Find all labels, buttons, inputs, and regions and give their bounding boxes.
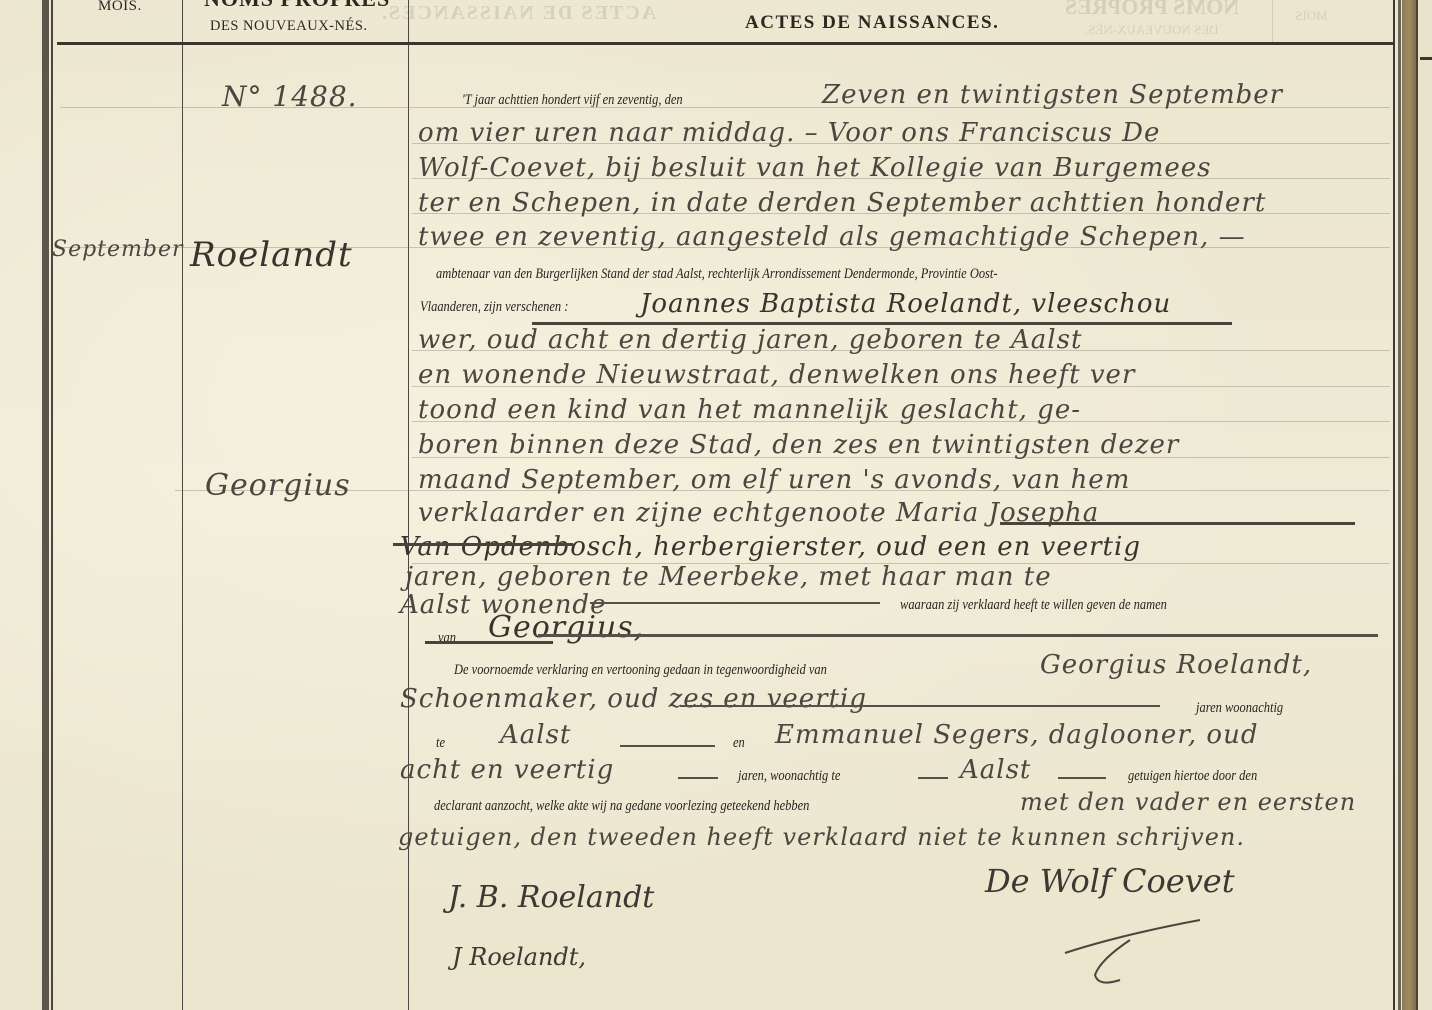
act-line-4-hand: ter en Schepen, in date derden September… xyxy=(418,188,1266,218)
signature-officer: De Wolf Coevet xyxy=(985,862,1235,900)
bleed-through-newborns: DES NOUVEAUX-NÉS. xyxy=(1085,22,1219,38)
column-divider-month xyxy=(182,0,183,1010)
act-line-7-printed: Vlaanderen, zijn verschenen : xyxy=(420,299,568,316)
act-line-19-printed: jaren woonachtig xyxy=(1196,700,1283,717)
column-header-names-subtitle: DES NOUVEAUX-NÉS. xyxy=(210,18,368,35)
child-given-name: Georgius, xyxy=(488,610,644,645)
facing-page-rule xyxy=(1420,57,1432,60)
left-border-thin xyxy=(51,0,53,1010)
act-line-16-printed: waaraan zij verklaard heeft te willen ge… xyxy=(900,597,1167,614)
column-header-names-title: NOMS PROPRES xyxy=(204,0,390,12)
filler-dash xyxy=(590,602,880,604)
filler-dash xyxy=(680,705,1160,707)
act-line-5-hand: twee en zeventig, aangesteld als gemacht… xyxy=(418,222,1246,252)
act-line-10-hand: toond een kind van het mannelijk geslach… xyxy=(418,395,1081,425)
bleed-through-divider xyxy=(1272,0,1273,42)
filler-dash xyxy=(620,745,715,747)
filler-dash xyxy=(678,777,718,779)
act-line-15-hand: jaren, geboren te Meerbeke, met haar man… xyxy=(405,562,1052,592)
act-line-1-hand: Zeven en twintigsten September xyxy=(822,80,1283,110)
column-header-acts: ACTES DE NAISSANCES. xyxy=(745,12,999,34)
act-line-8-hand: wer, oud acht en dertig jaren, geboren t… xyxy=(418,325,1082,355)
margin-month: September xyxy=(52,237,184,262)
act-line-22-hand: met den vader en eersten xyxy=(1020,788,1356,816)
column-divider-names xyxy=(408,0,409,1010)
register-page: ACTES DE NAISSANCES. NOMS PROPRES DES NO… xyxy=(0,0,1432,1010)
filler-dash xyxy=(918,777,948,779)
act-line-19-hand: Schoenmaker, oud zes en veertig xyxy=(400,684,867,714)
act-line-2-hand: om vier uren naar middag. – Voor ons Fra… xyxy=(418,118,1160,148)
record-number: N° 1488. xyxy=(222,80,358,113)
act-line-21-printed-1: jaren, woonachtig te xyxy=(738,768,840,785)
witness-2-name: Emmanuel Segers, daglooner, oud xyxy=(775,720,1258,750)
right-border-thick xyxy=(1398,0,1401,1010)
act-line-14-hand: Van Opdenbosch, herbergierster, oud een … xyxy=(400,532,1141,562)
act-line-18-printed: De voornoemde verklaring en vertooning g… xyxy=(454,662,827,679)
witness-1-residence: Aalst xyxy=(500,720,571,750)
child-name-underline xyxy=(425,641,553,644)
mother-surname-underline xyxy=(393,543,573,546)
mother-name-underline xyxy=(1000,522,1355,525)
signature-witness: J Roelandt, xyxy=(452,943,586,971)
witness-2-residence: Aalst xyxy=(960,755,1031,785)
declarant-name: Joannes Baptista Roelandt, vleeschou xyxy=(640,289,1171,319)
header-rule xyxy=(57,42,1393,45)
act-line-1-printed: 'T jaar achttien hondert vijf en zeventi… xyxy=(462,92,683,109)
act-line-6-printed: ambtenaar van den Burgerlijken Stand der… xyxy=(436,266,998,283)
witness-2-age: acht en veertig xyxy=(400,755,614,785)
bleed-through-month: MOIS. xyxy=(1292,8,1328,24)
act-line-13-hand: verklaarder en zijne echtgenoote Maria J… xyxy=(418,498,1099,528)
act-line-23-hand: getuigen, den tweeden heeft verklaard ni… xyxy=(398,823,1245,851)
witness-1-name: Georgius Roelandt, xyxy=(1040,650,1312,680)
act-line-22-printed: declarant aanzocht, welke akte wij na ge… xyxy=(434,798,809,815)
margin-given-name: Georgius xyxy=(205,468,351,503)
margin-surname: Roelandt xyxy=(190,235,353,275)
signature-flourish-icon xyxy=(1060,905,1210,995)
signature-father: J. B. Roelandt xyxy=(448,880,654,915)
book-binding xyxy=(1402,0,1416,1010)
right-border-thin xyxy=(1393,0,1395,1010)
act-line-3-hand: Wolf-Coevet, bij besluit van het Kollegi… xyxy=(418,153,1211,183)
act-line-20-printed-mid: en xyxy=(733,735,745,752)
left-border-thick xyxy=(42,0,49,1010)
act-line-9-hand: en wonende Nieuwstraat, denwelken ons he… xyxy=(418,360,1135,390)
bleed-through-title: ACTES DE NAISSANCES. xyxy=(380,2,656,25)
act-line-20-printed-pre: te xyxy=(436,735,445,752)
act-line-17-printed: van xyxy=(438,630,456,647)
act-line-21-printed-2: getuigen hiertoe door den xyxy=(1128,768,1257,785)
column-header-month: MOIS. xyxy=(98,0,142,15)
bleed-through-names: NOMS PROPRES xyxy=(1065,0,1239,20)
act-line-12-hand: maand September, om elf uren 's avonds, … xyxy=(418,465,1130,495)
act-line-11-hand: boren binnen deze Stad, den zes en twint… xyxy=(418,430,1179,460)
facing-page-edge xyxy=(1418,0,1432,1010)
filler-dash xyxy=(538,634,1378,637)
filler-dash xyxy=(1058,777,1106,779)
